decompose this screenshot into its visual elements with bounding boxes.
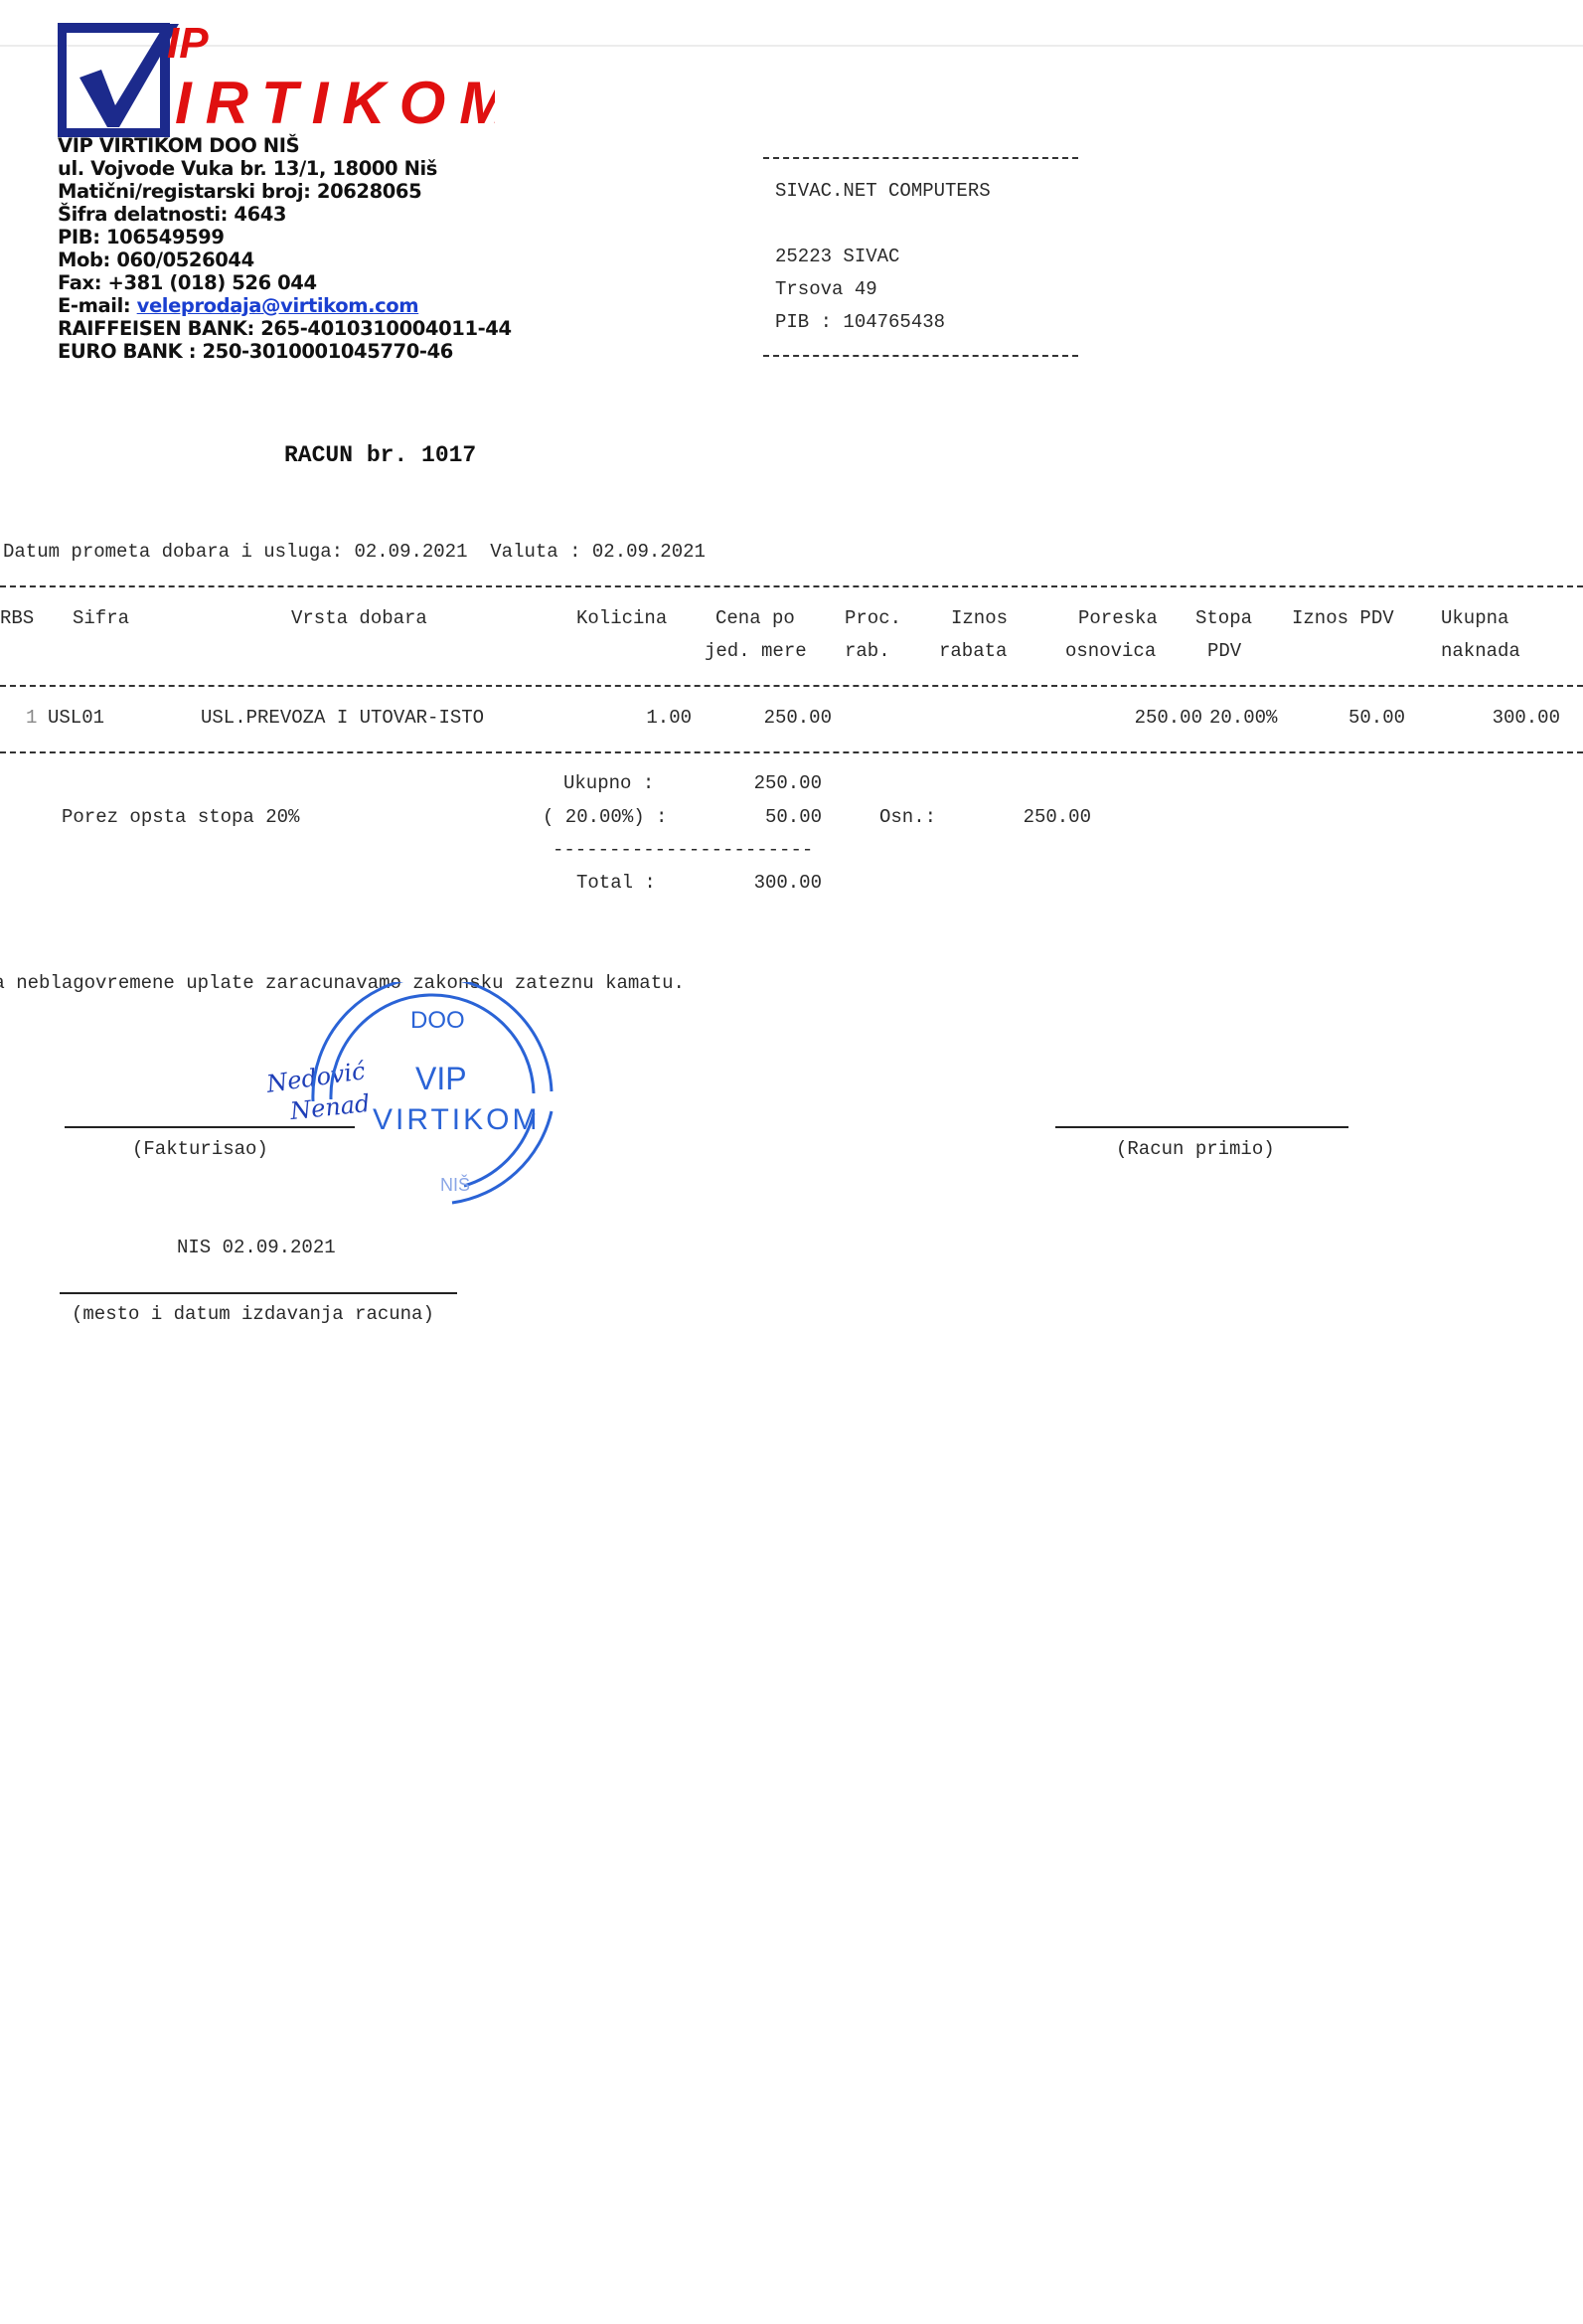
header-cena-2: jed. mere (705, 640, 807, 662)
table-header-rule (0, 685, 1583, 687)
header-stopa-2: PDV (1207, 640, 1241, 662)
table-top-rule (0, 585, 1583, 587)
row-sifra: USL01 (48, 707, 104, 729)
header-iznos-rabata-1: Iznos (951, 607, 1008, 629)
header-kolicina: Kolicina (576, 607, 667, 629)
invoice-date-line: Datum prometa dobara i usluga: 02.09.202… (3, 541, 706, 563)
header-cena-1: Cena po (715, 607, 795, 629)
tax-value: 50.00 (715, 806, 822, 828)
seller-address: ul. Vojvode Vuka br. 13/1, 18000 Niš (58, 157, 437, 180)
osnovica-value: 250.00 (984, 806, 1091, 828)
header-ukupna-2: naknada (1441, 640, 1520, 662)
row-ukupna-naknada: 300.00 (1431, 707, 1560, 729)
ukupno-label: Ukupno : (563, 772, 654, 794)
row-kolicina: 1.00 (586, 707, 692, 729)
buyer-city: 25223 SIVAC (775, 246, 899, 267)
osnovica-label: Osn.: (879, 806, 936, 828)
header-proc-2: rab. (845, 640, 890, 662)
seller-email-label: E-mail: (58, 294, 137, 317)
buyer-street: Trsova 49 (775, 278, 877, 300)
seller-name: VIP VIRTIKOM DOO NIŠ (58, 134, 299, 157)
receiver-signature-line (1055, 1126, 1348, 1128)
header-rbs: RBS (0, 607, 34, 629)
logo-ip: IP (167, 20, 209, 68)
buyer-bottom-rule (763, 355, 1078, 357)
stamp-nis: NIŠ (440, 1174, 470, 1195)
header-poreska-1: Poreska (1078, 607, 1158, 629)
seller-bank-euro: EURO BANK : 250-3010001045770-46 (58, 340, 453, 363)
header-sifra: Sifra (73, 607, 129, 629)
invoice-title: RACUN br. 1017 (284, 442, 476, 468)
tax-description: Porez opsta stopa 20% (62, 806, 299, 828)
seller-email-link[interactable]: veleprodaja@virtikom.com (137, 294, 419, 317)
row-iznos-pdv: 50.00 (1292, 707, 1405, 729)
total-value: 300.00 (715, 872, 822, 894)
total-label: Total : (576, 872, 656, 894)
header-stopa-1: Stopa (1195, 607, 1252, 629)
header-poreska-2: osnovica (1065, 640, 1156, 662)
seller-mob: Mob: 060/0526044 (58, 249, 254, 271)
place-date-value: NIS 02.09.2021 (177, 1237, 336, 1258)
table-bottom-rule (0, 751, 1583, 753)
stamp-doo: DOO (410, 1007, 465, 1034)
header-proc-1: Proc. (845, 607, 901, 629)
seller-reg-no: Matični/registarski broj: 20628065 (58, 180, 421, 203)
company-stamp: DOO VIP VIRTIKOM NIŠ (253, 982, 571, 1206)
seller-bank-raiffeisen: RAIFFEISEN BANK: 265-4010310004011-44 (58, 317, 512, 340)
totals-rule: ----------------------- (553, 839, 813, 861)
place-date-caption: (mesto i datum izdavanja racuna) (72, 1303, 434, 1325)
header-iznos-rabata-2: rabata (939, 640, 1007, 662)
issuer-caption: (Fakturisao) (132, 1138, 268, 1160)
row-rbs: 1 (26, 707, 37, 729)
place-date-line (60, 1292, 457, 1294)
row-stopa-pdv: 20.00% (1209, 707, 1277, 729)
tax-rate-label: ( 20.00%) : (543, 806, 667, 828)
receiver-caption: (Racun primio) (1116, 1138, 1275, 1160)
header-vrsta-dobara: Vrsta dobara (291, 607, 427, 629)
buyer-top-rule (763, 157, 1078, 159)
seller-email-line: E-mail: veleprodaja@virtikom.com (58, 294, 418, 317)
row-cena: 250.00 (715, 707, 832, 729)
seller-activity-code: Šifra delatnosti: 4643 (58, 203, 286, 226)
logo-irtikom: IRTIKOM (175, 70, 495, 136)
virtikom-logo: IP IRTIKOM (58, 20, 495, 137)
header-iznos-pdv: Iznos PDV (1292, 607, 1394, 629)
seller-pib: PIB: 106549599 (58, 226, 225, 249)
ukupno-value: 250.00 (715, 772, 822, 794)
stamp-virtikom: VIRTIKOM (373, 1103, 540, 1136)
buyer-name: SIVAC.NET COMPUTERS (775, 180, 991, 202)
buyer-pib: PIB : 104765438 (775, 311, 945, 333)
row-vrsta-dobara: USL.PREVOZA I UTOVAR-ISTO (201, 707, 484, 729)
row-poreska-osnovica: 250.00 (1093, 707, 1202, 729)
stamp-vip: VIP (415, 1061, 467, 1096)
seller-fax: Fax: +381 (018) 526 044 (58, 271, 317, 294)
header-ukupna-1: Ukupna (1441, 607, 1508, 629)
